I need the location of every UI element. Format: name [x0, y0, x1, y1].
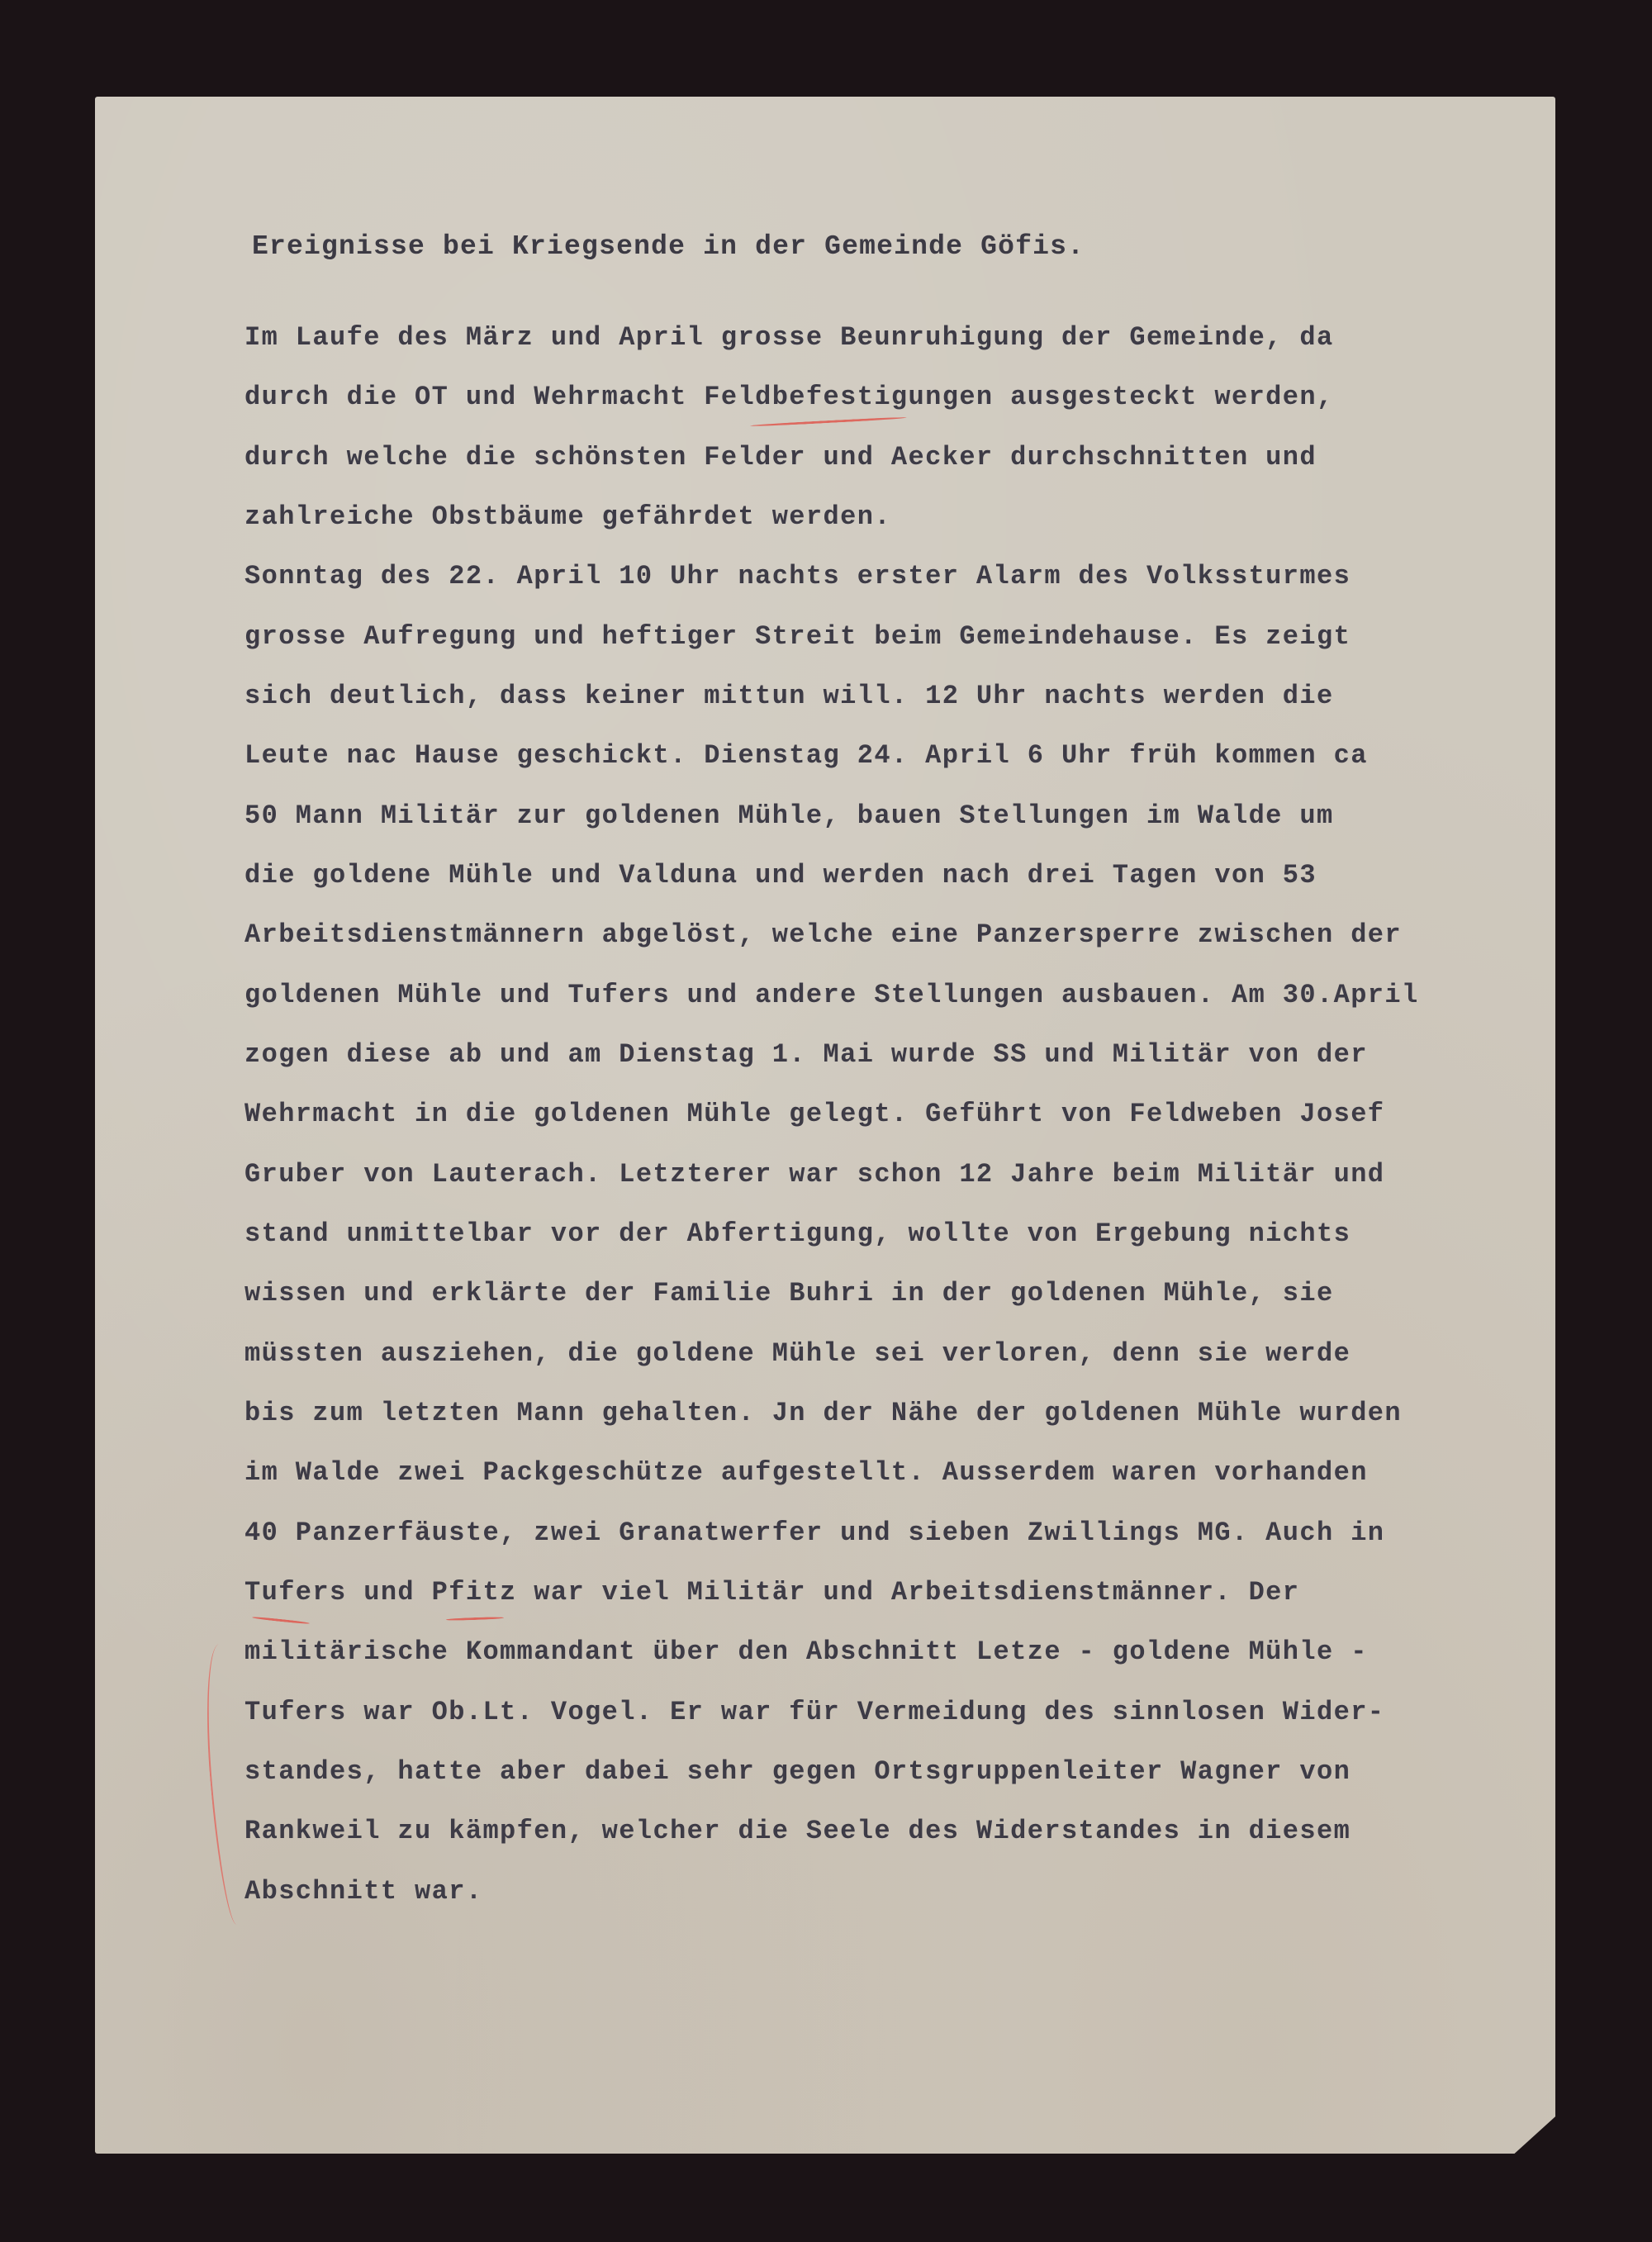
- text-line: grosse Aufregung und heftiger Streit bei…: [244, 621, 1351, 652]
- text-line: Sonntag des 22. April 10 Uhr nachts erst…: [244, 561, 1351, 591]
- text-line: goldenen Mühle und Tufers und andere Ste…: [244, 980, 1419, 1010]
- text-line: Gruber von Lauterach. Letzterer war scho…: [244, 1159, 1384, 1190]
- text-line: stand unmittelbar vor der Abfertigung, w…: [244, 1218, 1351, 1249]
- text-line: Tufers und Pfitz war viel Militär und Ar…: [244, 1577, 1299, 1608]
- text-line: Wehrmacht in die goldenen Mühle gelegt. …: [244, 1099, 1384, 1129]
- text-line: Rankweil zu kämpfen, welcher die Seele d…: [244, 1816, 1351, 1846]
- text-line: sich deutlich, dass keiner mittun will. …: [244, 681, 1334, 711]
- text-line: 40 Panzerfäuste, zwei Granatwerfer und s…: [244, 1518, 1384, 1548]
- text-line: durch die OT und Wehrmacht Feldbefestigu…: [244, 382, 1334, 412]
- text-line: zogen diese ab und am Dienstag 1. Mai wu…: [244, 1039, 1368, 1070]
- text-line: müssten ausziehen, die goldene Mühle sei…: [244, 1338, 1351, 1369]
- text-line: zahlreiche Obstbäume gefährdet werden.: [244, 501, 891, 532]
- text-line: die goldene Mühle und Valduna und werden…: [244, 860, 1317, 891]
- text-line: durch welche die schönsten Felder und Ae…: [244, 442, 1317, 473]
- text-line: Tufers war Ob.Lt. Vogel. Er war für Verm…: [244, 1697, 1384, 1727]
- text-line: Abschnitt war.: [244, 1876, 482, 1907]
- document-title: Ereignisse bei Kriegsende in der Gemeind…: [252, 231, 1085, 262]
- text-line: militärische Kommandant über den Abschni…: [244, 1636, 1368, 1667]
- text-line: Arbeitsdienstmännern abgelöst, welche ei…: [244, 919, 1402, 950]
- text-line: bis zum letzten Mann gehalten. Jn der Nä…: [244, 1398, 1402, 1428]
- text-line: im Walde zwei Packgeschütze aufgestellt.…: [244, 1457, 1368, 1488]
- text-line: Im Laufe des März und April grosse Beunr…: [244, 322, 1334, 353]
- text-line: 50 Mann Militär zur goldenen Mühle, baue…: [244, 800, 1334, 831]
- text-line: standes, hatte aber dabei sehr gegen Ort…: [244, 1756, 1351, 1787]
- text-line: wissen und erklärte der Familie Buhri in…: [244, 1278, 1334, 1309]
- text-line: Leute nac Hause geschickt. Dienstag 24. …: [244, 740, 1368, 771]
